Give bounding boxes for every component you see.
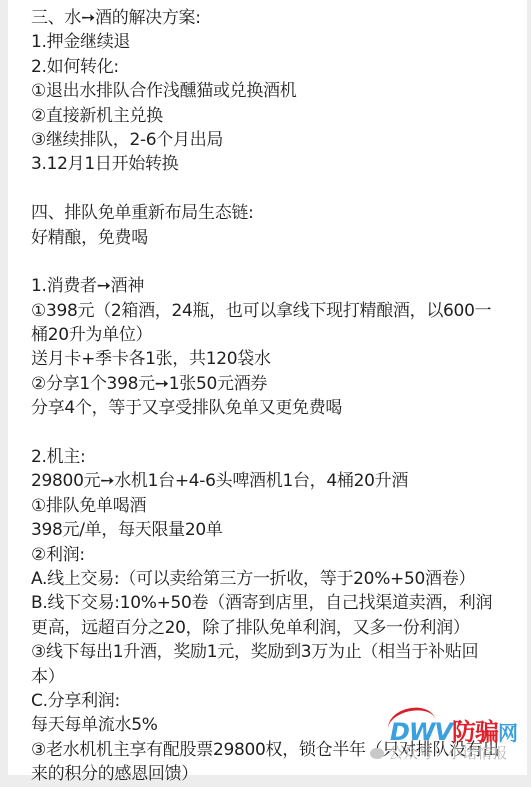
text-line: 送月卡+季卡各1张，共120袋水 [31, 347, 521, 371]
section-heading: 四、排队免单重新布局生态链: [31, 201, 521, 225]
text-line: ①398元（2箱酒，24瓶，也可以拿线下现打精酿酒，以600一 [31, 299, 521, 323]
text-line: 来的积分的感恩回馈） [31, 762, 521, 775]
text-line: 2.如何转化: [31, 55, 521, 79]
text-line: ③继续排队，2-6个月出局 [31, 128, 521, 152]
text-line: 本） [31, 665, 521, 689]
text-line: ①排队免单喝酒 [31, 494, 521, 518]
blank-line [31, 250, 521, 274]
blank-line [31, 177, 521, 201]
text-line: ②直接新机主兑换 [31, 104, 521, 128]
text-line: C.分享利润: [31, 689, 521, 713]
text-line: A.线上交易:（可以卖给第三方一折收，等于20%+50酒卷） [31, 567, 521, 591]
subsection-heading: 2.机主: [31, 445, 521, 469]
text-line: ①退出水排队合作浅醺猫或兑换酒机 [31, 79, 521, 103]
text-line: 每天每单流水5% [31, 713, 521, 737]
text-line: ③线下每出1升酒，奖励1元，奖励到3万为止（相当于补贴回 [31, 640, 521, 664]
subsection-heading: 1.消费者➙酒神 [31, 274, 521, 298]
text-line: 1.押金继续退 [31, 30, 521, 54]
blank-line [31, 421, 521, 445]
text-line: ③老水机机主享有配股票29800权，锁仓半年（只对排队没有出 [31, 738, 521, 762]
text-line: 分享4个，等于又享受排队免单又更免费喝 [31, 396, 521, 420]
article-content: 三、水➙酒的解决方案: 1.押金继续退 2.如何转化: ①退出水排队合作浅醺猫或… [31, 6, 521, 775]
document-page: 三、水➙酒的解决方案: 1.押金继续退 2.如何转化: ①退出水排队合作浅醺猫或… [8, 0, 527, 775]
text-line: 398元/单，每天限量20单 [31, 518, 521, 542]
text-line: ②利润: [31, 543, 521, 567]
text-line: 更高，远超百分之20，除了排队免单利润，又多一份利润） [31, 616, 521, 640]
text-line: B.线下交易:10%+50卷（酒寄到店里，自己找渠道卖酒，利润 [31, 591, 521, 615]
text-line: 3.12月1日开始转换 [31, 152, 521, 176]
text-line: 桶20升为单位） [31, 323, 521, 347]
section-heading: 三、水➙酒的解决方案: [31, 6, 521, 30]
text-line: 29800元➙水机1台+4-6头啤酒机1台，4桶20升酒 [31, 469, 521, 493]
text-line: ②分享1个398元➙1张50元酒券 [31, 372, 521, 396]
text-line: 好精酿，免费喝 [31, 226, 521, 250]
